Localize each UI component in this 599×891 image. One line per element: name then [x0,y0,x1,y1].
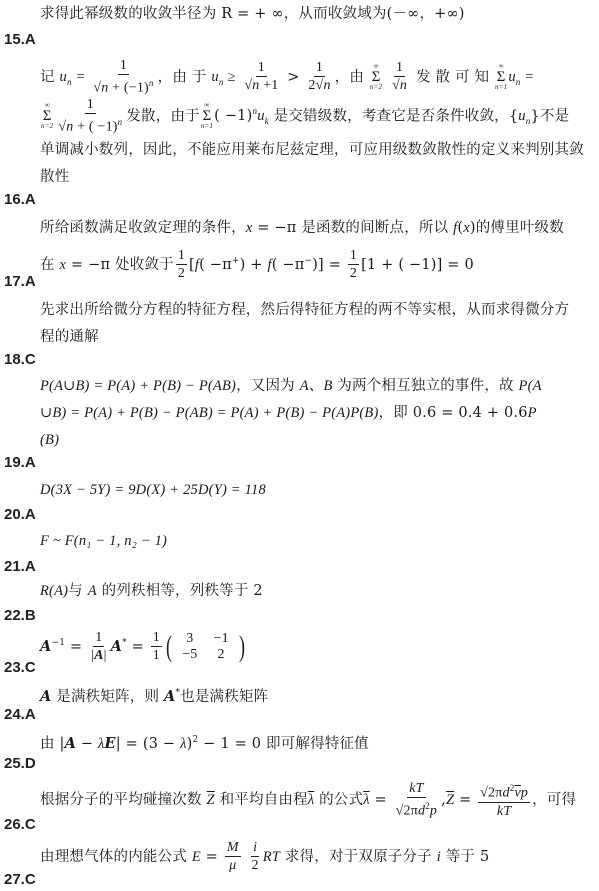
explanation-line: A−1 = 1|A|A* = 11( 3−1 −52 ) [40,630,247,664]
question-number: 21.A [4,558,36,576]
explanation-line: 散性 [40,168,69,186]
text: 的公式 [319,792,363,808]
text: 根据分子的平均碰撞次数 [40,792,202,808]
matrix-cell: −5 [174,647,205,663]
fraction: 12√n [306,60,332,94]
explanation-line: A 是满秩矩阵，则 A*也是满秩矩阵 [40,684,268,706]
text: ，即 [379,405,408,421]
explanation-line: 程的通解 [40,328,99,346]
formula: un = [508,69,534,85]
text: 与 [68,583,83,599]
question-number: 16.A [4,191,36,209]
explanation-line: F ~ F(n₁ − 1, n₂ − 1) [40,532,167,550]
formula: |A − λE| = (3 − λ)2 − 1 = 0 [60,736,262,752]
question-number: 20.A [4,506,36,524]
formula: E [192,849,201,865]
explanation-line: 由 |A − λE| = (3 − λ)2 − 1 = 0 即可解得特征值 [40,731,369,753]
question-number: 27.C [4,871,36,889]
explanation-line: (B) [40,431,59,449]
text: 也是满秩矩阵 [180,689,268,705]
fraction: i2 [250,840,261,874]
formula: ∪B) = P(A) + P(B) − P(AB) = P(A) + P(B) … [40,405,379,421]
text: 等于 5 [446,849,490,865]
sum-symbol: ∞Σn=1 [201,102,213,130]
question-number: 18.C [4,351,36,369]
explanation-line: 由理想气体的内能公式 E = Mμ i2RT 求得，对于双原子分子 i 等于 5 [40,840,489,874]
formula: P(A∪B) = P(A) + P(B) − P(AB) [40,378,236,394]
fraction: 12 [348,248,359,282]
intro-text: 求得此幂级数的收敛半径为 R = + ∞，从而收敛域为(－∞，+∞) [40,6,465,22]
text: 不是 [540,108,569,124]
text: 散性 [40,169,69,185]
text: 和平均自由程 [220,792,308,808]
sum-symbol: ∞Σn=2 [370,63,382,91]
text: 的傅里叶级数 [476,220,564,236]
text: 为两个相互独立的事件，故 [337,378,513,394]
text: 是函数的间断点，所以 [301,220,448,236]
text: ，又因为 [236,378,295,394]
text: 是交错级数，考查它是否条件收敛， [274,108,509,124]
question-number: 26.C [4,816,36,834]
formula: A [111,638,122,655]
matrix-cell: 3 [174,631,205,647]
text: 是满秩矩阵，则 [56,689,159,705]
fraction: 11 [151,630,162,664]
explanation-line: D(3X − 5Y) = 9D(X) + 25D(Y) = 118 [40,481,266,499]
explanation-line: ∪B) = P(A) + P(B) − P(AB) = P(A) + P(B) … [40,404,537,422]
formula: RT [263,849,280,865]
explanation-line: 所给函数满足收敛定理的条件，x = −π 是函数的间断点，所以 f(x)的傅里叶… [40,219,564,237]
formula: un = [60,69,90,85]
explanation-line: 先求出所给微分方程的特征方程，然后得特征方程的两不等实根，从而求得微分方 [40,301,569,319]
intro-line: 求得此幂级数的收敛半径为 R = + ∞，从而收敛域为(－∞，+∞) [40,5,465,23]
explanation-line: 记 un = 1√n + (−1)n，由 于 un ≥ 1√n +1 > 12√… [40,58,534,97]
question-number: 23.C [4,659,36,677]
fraction: 1√n + ( −1)n [56,97,124,136]
text: 处收敛于 [115,257,174,273]
fraction: 1√n [390,60,409,94]
formula: λ [363,792,369,808]
formula: ( −1)nuk [214,108,269,124]
fraction: 1√n + (−1)n [91,58,155,97]
fraction: kT√2πd2p [394,781,439,820]
formula: 0.6 = 0.4 + 0.6 [413,405,528,421]
text: 单调减小数列，因此，不能应用莱布尼兹定理，可应用级数敛散性的定义来判别其敛 [40,142,584,158]
matrix-cell: −1 [206,631,237,647]
formula: λ [308,792,314,808]
question-number: 22.B [4,607,36,625]
text: 发散，由于 [126,108,200,124]
text: ，由 [335,69,364,85]
matrix: ( 3−1 −52 ) [164,631,247,663]
formula: A、B [300,378,333,394]
sum-symbol: ∞Σn=1 [495,63,507,91]
text: 记 [40,69,55,85]
formula: A [40,638,51,655]
formula: P(A [519,378,542,394]
explanation-line: 根据分子的平均碰撞次数 Z 和平均自由程λ 的公式λ = kT√2πd2p,Z … [40,780,576,820]
formula: A [40,688,51,705]
formula: f(x) [453,220,476,236]
explanation-line: R(A)与 A 的列秩相等，列秩等于 2 [40,582,263,600]
question-number: 24.A [4,706,36,724]
formula: A [164,688,175,705]
formula: R(A) [40,583,68,599]
formula: un ≥ [211,69,235,85]
explanation-line: 单调减小数列，因此，不能应用莱布尼兹定理，可应用级数敛散性的定义来判别其敛 [40,141,584,159]
formula: {un} [509,108,540,124]
text: 由理想气体的内能公式 [40,849,187,865]
text: ，可得 [532,792,576,808]
fraction: 1√n +1 [242,60,280,94]
text: 所给函数满足收敛定理的条件， [40,220,246,236]
text: 的列秩相等，列秩等于 2 [102,583,263,599]
question-number: 15.A [4,31,36,49]
formula: P [528,405,537,421]
text: 即可解得特征值 [266,736,369,752]
question-number: 19.A [4,454,36,472]
formula: A [88,583,97,599]
text: 由 [40,736,55,752]
fraction: 12 [176,248,187,282]
fraction: Mμ [225,840,241,874]
text: 在 [40,257,55,273]
fraction: √2πd2vpkT [478,780,530,820]
formula: (B) [40,432,59,448]
text: 求得，对于双原子分子 [285,849,432,865]
text: ，由 于 [158,69,207,85]
explanation-line: 在 x = −π 处收敛于12[f( −π+) + f( −π−)] = 12[… [40,248,474,282]
question-number: 17.A [4,273,36,291]
explanation-line: ∞Σn=21√n + ( −1)n发散，由于∞Σn=1( −1)nuk 是交错级… [40,97,569,136]
matrix-cell: 2 [206,647,237,663]
question-number: 25.D [4,755,36,773]
fraction: 1|A| [89,630,109,664]
formula: Z [207,792,215,808]
formula: i [437,849,441,865]
formula: x [60,257,67,273]
text: 发 散 可 知 [416,69,489,85]
sum-symbol: ∞Σn=2 [41,102,53,130]
explanation-line: P(A∪B) = P(A) + P(B) − P(AB)，又因为 A、B 为两个… [40,377,542,395]
formula: x [246,220,253,236]
